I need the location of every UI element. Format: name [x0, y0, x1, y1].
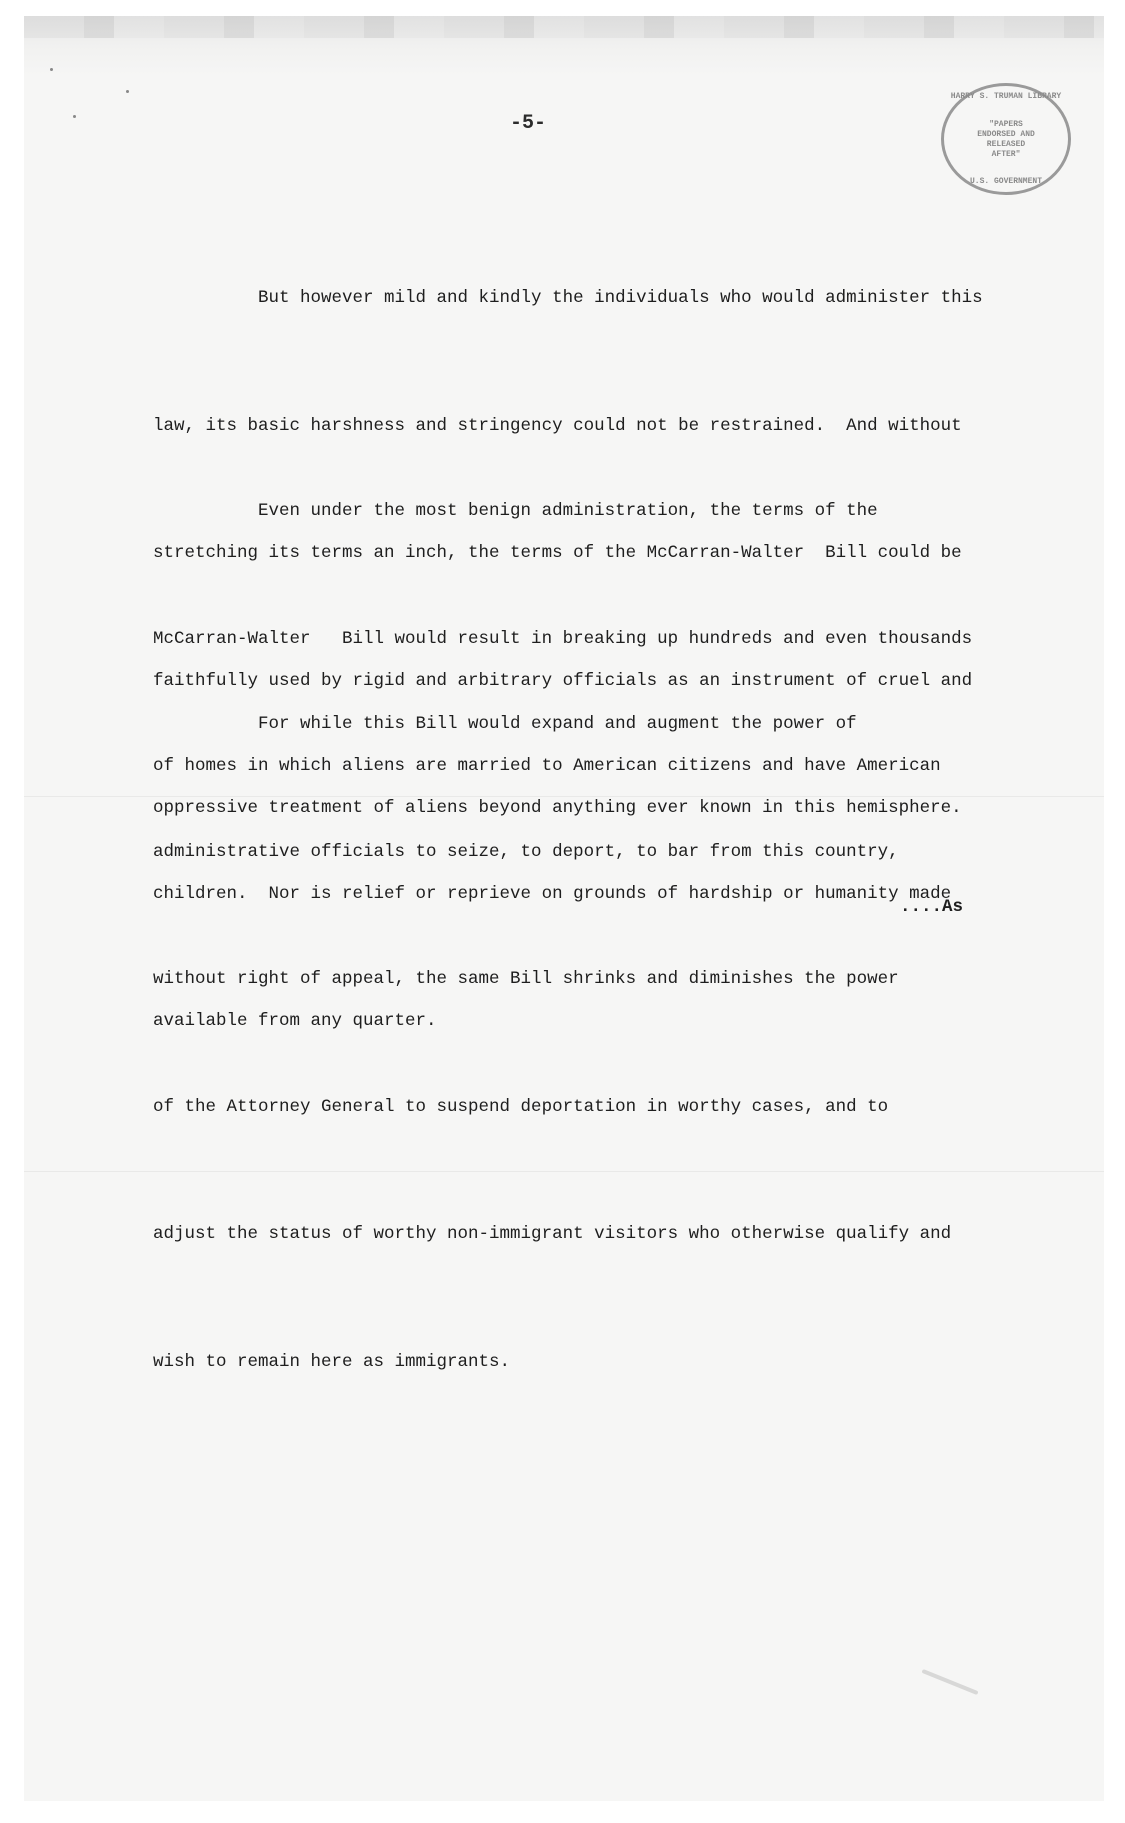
text-line: But however mild and kindly the individu… — [153, 277, 993, 320]
paper-speck — [73, 115, 76, 118]
stamp-center-line: RELEASED — [966, 140, 1046, 150]
paper-speck — [126, 90, 129, 93]
text-line: Even under the most benign administratio… — [153, 490, 993, 533]
paragraph-3: For while this Bill would expand and aug… — [153, 618, 993, 1426]
continuation-marker: ....As — [900, 897, 963, 917]
text-line: of the Attorney General to suspend depor… — [153, 1086, 993, 1129]
library-stamp: HARRY S. TRUMAN LIBRARY "PAPERS ENDORSED… — [941, 83, 1071, 195]
text-line: wish to remain here as immigrants. — [153, 1341, 993, 1384]
paper-speck — [50, 68, 53, 71]
stamp-center-line: AFTER" — [966, 150, 1046, 160]
text-line: administrative officials to seize, to de… — [153, 831, 993, 874]
stamp-center-line: ENDORSED AND — [966, 130, 1046, 140]
text-line: adjust the status of worthy non-immigran… — [153, 1213, 993, 1256]
stamp-ring-top: HARRY S. TRUMAN LIBRARY — [944, 92, 1068, 101]
stamp-center-line: "PAPERS — [966, 120, 1046, 130]
text-line: For while this Bill would expand and aug… — [153, 703, 993, 746]
stamp-ring-bottom: U.S. GOVERNMENT — [944, 177, 1068, 186]
text-line: without right of appeal, the same Bill s… — [153, 958, 993, 1001]
page-number: -5- — [510, 112, 546, 135]
stamp-center: "PAPERS ENDORSED AND RELEASED AFTER" — [966, 116, 1046, 164]
